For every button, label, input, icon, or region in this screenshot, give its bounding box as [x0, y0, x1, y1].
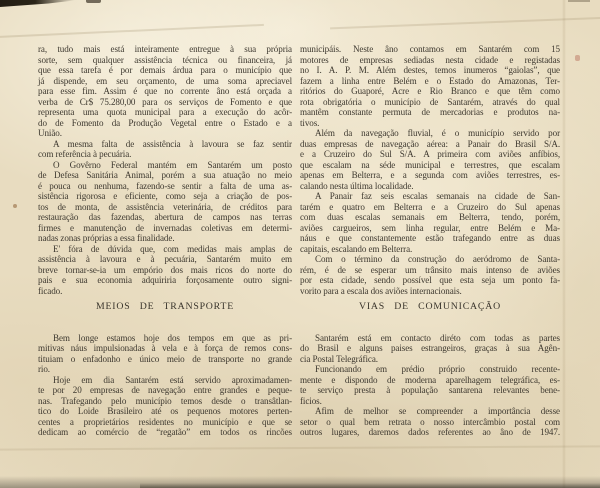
- text-line: sistência rigorosa e eficiente, como sej…: [38, 191, 292, 202]
- text-line: Com o término da construção do aeródromo…: [300, 254, 560, 265]
- paragraph: A Panair faz seis escalas semanais na ci…: [300, 191, 560, 254]
- text-line: com referência à pecuária.: [38, 149, 292, 160]
- paper-crease-top-left: [0, 24, 264, 38]
- text-line: de Defesa Sanitária Animal, porém a sua …: [38, 170, 292, 181]
- text-line: restauração das fazendas, abertura de ca…: [38, 212, 292, 223]
- text-line: tos de monta, de assistência veterinária…: [38, 202, 292, 213]
- text-line: para esse fim. Assim é que no corrente â…: [38, 86, 292, 97]
- text-line: náus e que constantemente estão trafegan…: [300, 233, 560, 244]
- text-line: é pouca ou nenhuma, fazendo-se sentir a …: [38, 181, 292, 192]
- text-line: que essa tarefa é por demais árdua para …: [38, 65, 292, 76]
- section-heading-vias-de-comunicacao: VIAS DE COMUNICAÇÃO: [300, 301, 560, 313]
- text-columns: ra, tudo mais está inteiramente entregue…: [38, 44, 560, 438]
- text-line: Funcionando em prédio próprio construido…: [300, 364, 560, 375]
- text-line: verba de Cr$ 75.280,00 para os serviços …: [38, 97, 292, 108]
- text-line: A mesma falta de assistência à lavoura s…: [38, 139, 292, 150]
- text-line: capitais, escalando em Belterra.: [300, 244, 560, 255]
- paper-crease-bottom: [0, 445, 600, 450]
- text-line: mente e dispondo de moderna aparelhagem …: [300, 375, 560, 386]
- text-line: outros lugares, daremos dados referentes…: [300, 427, 560, 438]
- scan-shadow-bottom: [0, 476, 600, 488]
- paragraph: Além da navegação fluvial, é o município…: [300, 128, 560, 191]
- paragraph: A mesma falta de assistência à lavoura s…: [38, 139, 292, 160]
- paragraph: Santarém está em contacto diréto com tod…: [300, 333, 560, 365]
- text-line: cia Postal Telegráfica.: [300, 354, 560, 365]
- paper-speck: [13, 204, 17, 208]
- scan-edge-nick: [86, 0, 101, 3]
- text-line: Santarém está em contacto diréto com tod…: [300, 333, 560, 344]
- text-line: E' fóra de dúvida que, com medidas mais …: [38, 244, 292, 255]
- paragraph: O Govêrno Federal mantém em Santarém um …: [38, 160, 292, 244]
- text-line: centes a proprietários residentes no mun…: [38, 417, 292, 428]
- text-line: Bem longe estamos hoje dos tempos em que…: [38, 333, 292, 344]
- text-line: representa uma quota municipal para a ex…: [38, 107, 292, 118]
- text-line: no I. A. P. M. Além destes, temos inumer…: [300, 65, 560, 76]
- text-line: nas. Trafegando pelo município temos des…: [38, 396, 292, 407]
- text-line: Afim de melhor se compreender a importân…: [300, 406, 560, 417]
- paragraph: municipáis. Neste âno contamos em Santar…: [300, 44, 560, 128]
- text-line: O Govêrno Federal mantém em Santarém um …: [38, 160, 292, 171]
- paragraph: E' fóra de dúvida que, com medidas mais …: [38, 244, 292, 297]
- text-line: ra, tudo mais está inteiramente entregue…: [38, 44, 292, 55]
- text-line: do de Fomento da Produção Vegetal entre …: [38, 118, 292, 129]
- text-line: aviões cargueiros, sem linha regular, en…: [300, 223, 560, 234]
- text-line: tituiam o enfadonho e único meio de tran…: [38, 354, 292, 365]
- text-line: te por 20 empresas de navegação entre gr…: [38, 385, 292, 396]
- paragraph: Funcionando em prédio próprio construido…: [300, 364, 560, 406]
- text-line: tivos.: [300, 118, 560, 129]
- text-line: sorte, sem qualquer assistência técnica …: [38, 55, 292, 66]
- text-line: União.: [38, 128, 292, 139]
- text-line: mantêm constante permuta de mercadorias …: [300, 107, 560, 118]
- text-line: ficado.: [38, 286, 292, 297]
- text-line: nadas zonas próprias a essa finalidade.: [38, 233, 292, 244]
- scan-shadow-bottom-deep: [140, 483, 600, 488]
- text-line: e a Cruzeiro do Sul S/A. A primeira com …: [300, 149, 560, 160]
- text-line: rém, é de se esperar um trânsito mais in…: [300, 265, 560, 276]
- scan-edge-nick-right: [568, 0, 590, 2]
- text-line: apenas em Belterra, e a segunda com aviõ…: [300, 170, 560, 181]
- text-line: motores de empresas sediadas nesta cidad…: [300, 55, 560, 66]
- paragraph: Bem longe estamos hoje dos tempos em que…: [38, 333, 292, 375]
- paragraph: Afim de melhor se compreender a importân…: [300, 406, 560, 438]
- paragraph: ra, tudo mais está inteiramente entregue…: [38, 44, 292, 139]
- text-line: A Panair faz seis escalas semanais na ci…: [300, 191, 560, 202]
- paragraph: Com o término da construção do aeródromo…: [300, 254, 560, 296]
- text-line: Hoje em dia Santarém está servido aproxi…: [38, 375, 292, 386]
- text-line: firmes e manutenção de invernadas coleti…: [38, 223, 292, 234]
- text-line: que escalam na séde municipal e terrestr…: [300, 160, 560, 171]
- text-line: vorito para a escala dos aviões internac…: [300, 286, 560, 297]
- left-column: ra, tudo mais está inteiramente entregue…: [38, 44, 292, 438]
- text-line: tarém e quatro em Belterra e a Cruzeiro …: [300, 202, 560, 213]
- text-line: já dispende, em seu orçamento, de uma so…: [38, 76, 292, 87]
- right-column: municipáis. Neste âno contamos em Santar…: [300, 44, 560, 438]
- text-line: te serviço presta à população santarena …: [300, 385, 560, 396]
- paper-speck: [575, 55, 580, 61]
- text-line: breve tornar-se-ia um empório dos mais r…: [38, 265, 292, 276]
- text-line: calando nesta última localidade.: [300, 181, 560, 192]
- text-line: do Brasil e alguns paises estrangeiros, …: [300, 343, 560, 354]
- text-line: duas empresas de navegação aérea: a Pana…: [300, 139, 560, 150]
- text-line: setor o qual bem retrata o nosso intercâ…: [300, 417, 560, 428]
- text-line: rota obrigatória o município de Santarém…: [300, 97, 560, 108]
- section-heading-meios-de-transporte: MEIOS DE TRANSPORTE: [38, 301, 292, 313]
- text-line: ficios.: [300, 396, 560, 407]
- text-line: fazem a linha entre Belém e o Estado do …: [300, 76, 560, 87]
- text-line: mitivas náus impulsionadas à vela e à fo…: [38, 343, 292, 354]
- text-line: por esta cidade, sendo possível que esta…: [300, 275, 560, 286]
- text-line: Além da navegação fluvial, é o município…: [300, 128, 560, 139]
- scanned-page: ra, tudo mais está inteiramente entregue…: [0, 0, 600, 488]
- text-line: dedicam ao comércio de “regatão” em todo…: [38, 427, 292, 438]
- text-line: pais e sua economia adquiriria forçosame…: [38, 275, 292, 286]
- text-line: tico do Loide Brasileiro até os pequenos…: [38, 406, 292, 417]
- text-line: assistência à lavoura e à pecuária, Sant…: [38, 254, 292, 265]
- paragraph: Hoje em dia Santarém está servido aproxi…: [38, 375, 292, 438]
- scan-edge-artifact-top-left: [0, 0, 78, 7]
- text-line: municipáis. Neste âno contamos em Santar…: [300, 44, 560, 55]
- text-line: rio.: [38, 364, 292, 375]
- text-line: com duas escalas semanais em Belterra, t…: [300, 212, 560, 223]
- text-line: ritórios do Guaporé, Acre e Rio Branco e…: [300, 86, 560, 97]
- paper-crease-top-right: [330, 17, 600, 29]
- paper-fold-line: [562, 0, 566, 488]
